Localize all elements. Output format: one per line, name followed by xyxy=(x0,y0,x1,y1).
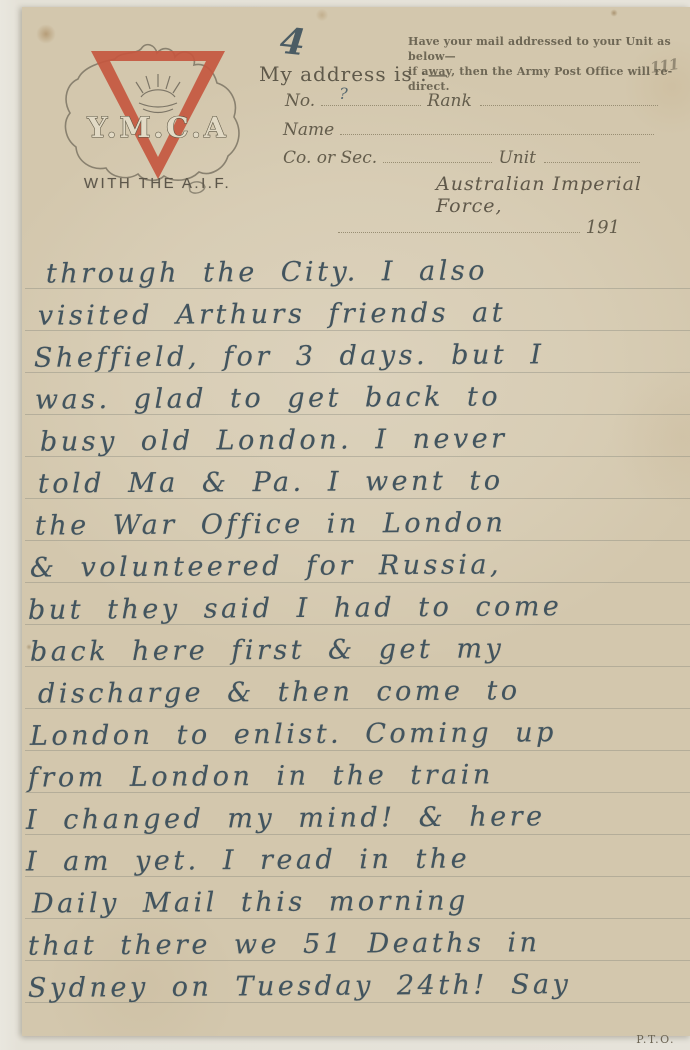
co-or-sec-field-label: Co. or Sec. xyxy=(283,148,377,168)
letter-line: from London in the train xyxy=(28,757,494,796)
scanned-letter-page: Y.M.C.A WITH THE A.I.F. 4 111 Have your … xyxy=(0,0,690,1050)
rising-sun-badge-icon xyxy=(136,74,180,113)
name-field-line xyxy=(340,121,654,135)
co-or-sec-field-line xyxy=(383,149,492,163)
rank-field-label: Rank xyxy=(427,91,472,111)
letter-line: Sheffield, for 3 days. but I xyxy=(34,337,545,377)
mail-redirect-notice: Have your mail addressed to your Unit as… xyxy=(408,34,690,94)
letter-line: but they said I had to come xyxy=(28,589,563,629)
form-row-date: 191 xyxy=(338,217,620,238)
unit-field-label: Unit xyxy=(498,148,536,168)
letter-line: Daily Mail this morning xyxy=(32,883,469,922)
letter-line: that there we 51 Deaths in xyxy=(28,925,541,965)
handwritten-page-number: 4 xyxy=(278,20,307,64)
address-heading: My address is :— xyxy=(259,62,449,86)
letter-line: I changed my mind! & here xyxy=(26,799,546,839)
form-row-no-rank: No. ? Rank xyxy=(285,91,658,111)
form-row-name: Name xyxy=(283,120,654,140)
letter-line: Sydney on Tuesday 24th! Say xyxy=(28,967,572,1007)
notice-line-1: Have your mail addressed to your Unit as… xyxy=(408,34,690,64)
form-row-co-unit: Co. or Sec. Unit xyxy=(283,148,640,168)
ymca-aif-logo: Y.M.C.A xyxy=(47,29,267,179)
australia-map-red-triangle-icon: Y.M.C.A xyxy=(47,29,267,194)
notice-line-2: if away, then the Army Post Office will … xyxy=(408,64,690,94)
letter-line: & volunteered for Russia, xyxy=(30,547,502,586)
ymca-logo-text: Y.M.C.A xyxy=(86,111,228,144)
letter-line: told Ma & Pa. I went to xyxy=(38,463,504,502)
letter-line: was. glad to get back to xyxy=(35,379,501,418)
letter-line: busy old London. I never xyxy=(40,421,508,460)
no-field-line: ? xyxy=(321,92,421,106)
letter-paper: Y.M.C.A WITH THE A.I.F. 4 111 Have your … xyxy=(22,7,690,1036)
name-field-label: Name xyxy=(283,120,334,140)
year-prefix: 191 xyxy=(586,217,620,238)
pto-mark: P.T.O. xyxy=(636,1033,675,1046)
letter-line: the War Office in London xyxy=(35,505,507,544)
date-field-line xyxy=(338,219,580,233)
letter-line: visited Arthurs friends at xyxy=(38,295,506,334)
rank-field-line xyxy=(480,92,658,106)
letter-line: discharge & then come to xyxy=(38,673,521,712)
letter-line: London to enlist. Coming up xyxy=(30,715,557,755)
logo-tagline: WITH THE A.I.F. xyxy=(50,175,265,192)
unit-field-line xyxy=(544,149,640,163)
force-printed-line: Australian Imperial Force, xyxy=(436,173,690,217)
no-field-ink-mark: ? xyxy=(339,84,348,103)
letter-line: through the City. I also xyxy=(46,253,488,292)
letter-line: back here first & get my xyxy=(30,631,505,670)
letter-line: I am yet. I read in the xyxy=(26,841,470,880)
no-field-label: No. xyxy=(285,91,315,111)
